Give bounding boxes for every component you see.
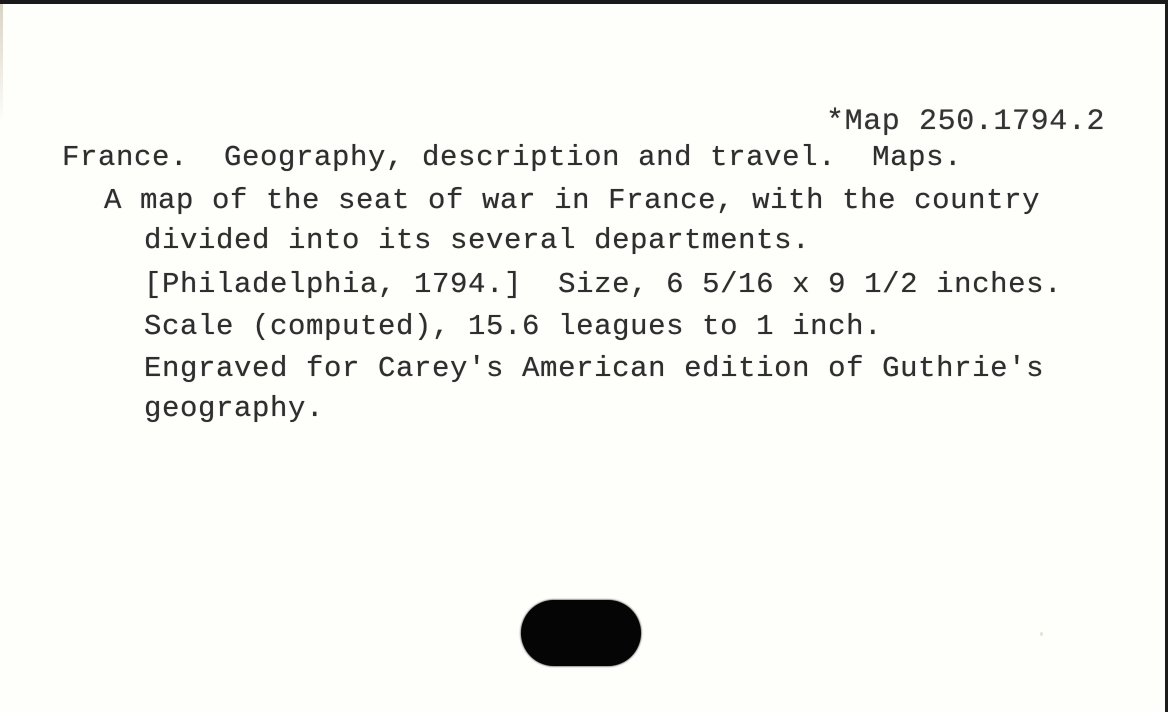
title-line-2: divided into its several departments. bbox=[144, 226, 810, 255]
note-line-1: Engraved for Carey's American edition of… bbox=[144, 354, 1044, 383]
subject-heading: France. Geography, description and trave… bbox=[62, 143, 962, 172]
catalog-card: *Map 250.1794.2 France. Geography, descr… bbox=[0, 0, 1168, 712]
paper-speck bbox=[1040, 632, 1043, 636]
title-line-1: A map of the seat of war in France, with… bbox=[104, 186, 1040, 215]
note-line-2: geography. bbox=[144, 394, 324, 423]
punch-hole bbox=[521, 600, 641, 666]
imprint-and-size: [Philadelphia, 1794.] Size, 6 5/16 x 9 1… bbox=[144, 270, 1062, 299]
scale-statement: Scale (computed), 15.6 leagues to 1 inch… bbox=[144, 312, 882, 341]
call-number: *Map 250.1794.2 bbox=[826, 107, 1105, 137]
